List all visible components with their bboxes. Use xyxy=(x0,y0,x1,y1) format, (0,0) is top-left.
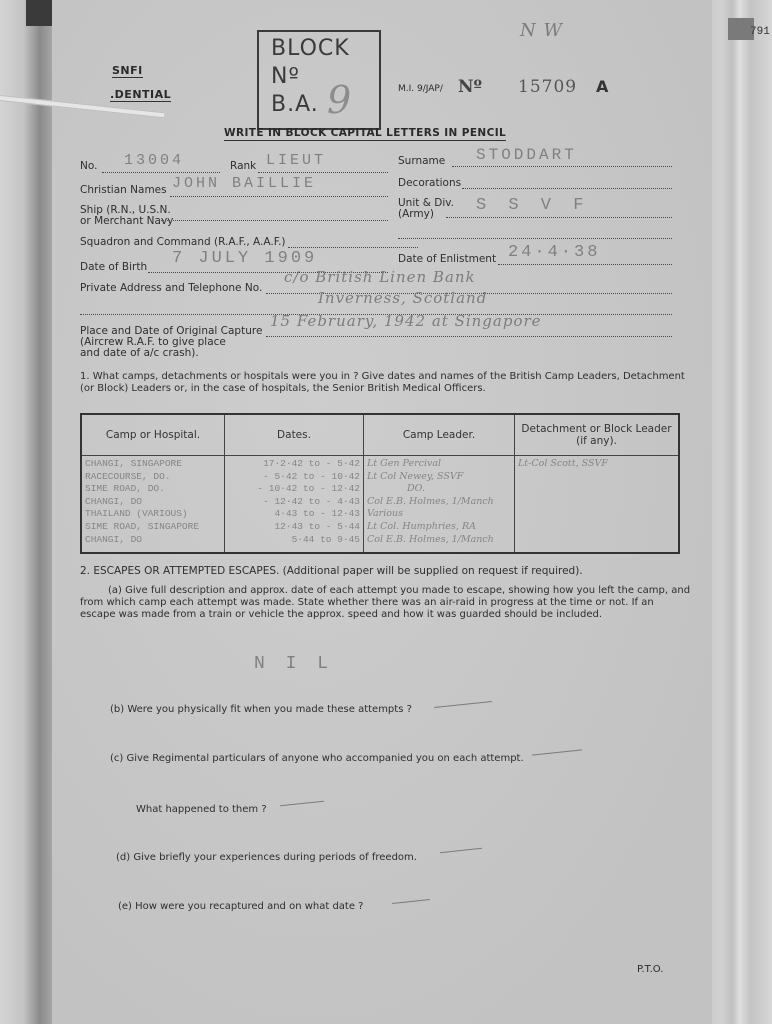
christian-names-line xyxy=(170,196,388,197)
detachment-leader-cell: Lt-Col Scott, SSVF xyxy=(518,458,675,471)
ship-label-line2: or Merchant Navy xyxy=(80,216,173,227)
camp-cell: CHANGI, SINGAPORE xyxy=(85,458,221,471)
camp-leader-cell: Col E.B. Holmes, 1/Manch xyxy=(367,496,511,509)
camp-leader-cell: Various xyxy=(367,508,511,521)
section1-question-line1: 1. What camps, detachments or hospitals … xyxy=(80,371,685,383)
block-stamp-number: 9 xyxy=(327,78,351,122)
christian-names-label: Christian Names xyxy=(80,184,167,196)
section2-heading: 2. ESCAPES OR ATTEMPTED ESCAPES. (Additi… xyxy=(80,565,583,577)
decorations-line xyxy=(462,188,672,189)
surname-value: STODDART xyxy=(476,146,577,164)
section2-question-a: (a) Give full description and approx. da… xyxy=(80,585,690,621)
address-value-line2: Inverness, Scotland xyxy=(318,289,487,307)
camp-leader-column: Lt Gen Percival Lt Col Newey, SSVF DO. C… xyxy=(364,456,515,554)
answer-e-dash xyxy=(392,899,430,904)
instruction-heading: WRITE IN BLOCK CAPITAL LETTERS IN PENCIL xyxy=(224,127,506,141)
date-of-enlistment-value: 24·4·38 xyxy=(508,243,600,262)
capture-line xyxy=(266,336,672,337)
rank-value: LIEUT xyxy=(266,152,326,169)
camps-table-body: CHANGI, SINGAPORE RACECOURSE, DO. SIME R… xyxy=(81,456,679,554)
question-c: (c) Give Regimental particulars of anyon… xyxy=(110,753,524,765)
dates-cell: 4·43 to - 12·43 xyxy=(228,508,360,521)
header-camp: Camp or Hospital. xyxy=(81,414,225,456)
christian-names-value: JOHN BAILLIE xyxy=(172,175,316,192)
squadron-line xyxy=(288,247,418,248)
squadron-label: Squadron and Command (R.A.F., A.A.F.) xyxy=(80,236,286,248)
header-detachment-leader: Detachment or Block Leader (if any). xyxy=(515,414,680,456)
capture-label-line3: and date of a/c crash). xyxy=(80,348,262,359)
unit-value: S S V F xyxy=(476,196,589,215)
answer-c-followup-dash xyxy=(280,801,324,807)
camps-table-header: Camp or Hospital. Dates. Camp Leader. De… xyxy=(81,414,679,456)
camp-column: CHANGI, SINGAPORE RACECOURSE, DO. SIME R… xyxy=(81,456,225,554)
serial-suffix: A xyxy=(596,77,608,96)
page-edge-number: 791 xyxy=(750,26,770,38)
dates-cell: 5·44 to 9·45 xyxy=(228,534,360,547)
unit-extra-line xyxy=(398,238,672,239)
question-a-line3: escape was made from a train or vehicle … xyxy=(80,609,690,621)
ship-label: Ship (R.N., U.S.N. or Merchant Navy xyxy=(80,205,173,227)
question-c-followup: What happened to them ? xyxy=(136,804,267,816)
answer-b-dash xyxy=(434,701,492,708)
camp-leader-cell: Lt Col Newey, SSVF xyxy=(367,471,511,484)
surname-label: Surname xyxy=(398,155,445,167)
unit-label-line2: (Army) xyxy=(398,209,454,220)
ship-line xyxy=(158,220,388,221)
date-of-birth-value: 7 JULY 1909 xyxy=(172,249,317,268)
pto-label: P.T.O. xyxy=(637,964,663,975)
camp-cell: CHANGI, DO xyxy=(85,534,221,547)
date-of-birth-label: Date of Birth xyxy=(80,261,147,273)
dates-cell: - 5·42 to - 10·42 xyxy=(228,471,360,484)
address-label: Private Address and Telephone No. xyxy=(80,282,262,294)
question-e: (e) How were you recaptured and on what … xyxy=(118,901,364,913)
decorations-label: Decorations xyxy=(398,177,461,189)
block-stamp: BLOCK Nº B.A. 9 xyxy=(257,30,381,130)
dates-cell: - 12·42 to - 4·43 xyxy=(228,496,360,509)
block-stamp-line1: BLOCK xyxy=(271,36,350,61)
reference-prefix: M.I. 9/JAP/ xyxy=(398,84,443,94)
number-line xyxy=(102,172,220,173)
section1-question: 1. What camps, detachments or hospitals … xyxy=(80,371,685,395)
question-a-line2: from which camp each attempt was made. S… xyxy=(80,597,690,609)
camp-cell: RACECOURSE, DO. xyxy=(85,471,221,484)
confidential-mark-line2: .DENTIAL xyxy=(110,88,171,102)
number-label-text: No. xyxy=(80,160,97,172)
camp-leader-cell: Lt Gen Percival xyxy=(367,458,511,471)
capture-value: 15 February, 1942 at Singapore xyxy=(270,312,542,330)
block-stamp-line3: B.A. xyxy=(271,92,319,117)
date-of-enlistment-label: Date of Enlistment xyxy=(398,253,496,265)
unit-line xyxy=(446,217,672,218)
camps-table: Camp or Hospital. Dates. Camp Leader. De… xyxy=(80,413,680,554)
section1-question-line2: (or Block) Leaders or, in the case of ho… xyxy=(80,383,685,395)
camp-cell: CHANGI, DO xyxy=(85,496,221,509)
camp-leader-cell: Col E.B. Holmes, 1/Manch xyxy=(367,534,511,547)
answer-d-dash xyxy=(440,848,482,853)
camp-cell: SIME ROAD, SINGAPORE xyxy=(85,521,221,534)
detachment-leader-column: Lt-Col Scott, SSVF xyxy=(515,456,680,554)
rank-label: Rank xyxy=(230,160,256,172)
surname-line xyxy=(452,166,672,167)
camp-cell: THAILAND (VARIOUS) xyxy=(85,508,221,521)
date-of-enlistment-line xyxy=(498,264,672,265)
address-value-line1: c/o British Linen Bank xyxy=(284,268,476,286)
form-page: SNFI .DENTIAL BLOCK Nº B.A. 9 N W M.I. 9… xyxy=(52,0,712,1024)
dates-cell: 12·43 to - 5·44 xyxy=(228,521,360,534)
number-label: Nº xyxy=(458,77,482,97)
top-annotation: N W xyxy=(520,20,563,41)
camp-cell: SIME ROAD, DO. xyxy=(85,483,221,496)
question-d: (d) Give briefly your experiences during… xyxy=(116,852,417,864)
question-a-answer: N I L xyxy=(254,654,333,674)
number-value: 13004 xyxy=(124,152,184,169)
rank-line xyxy=(258,172,388,173)
header-camp-leader: Camp Leader. xyxy=(364,414,515,456)
camp-leader-cell: Lt Col. Humphries, RA xyxy=(367,521,511,534)
dates-column: 17·2·42 to - 5·42 - 5·42 to - 10·42 - 10… xyxy=(225,456,364,554)
header-dates: Dates. xyxy=(225,414,364,456)
capture-label: Place and Date of Original Capture (Airc… xyxy=(80,326,262,359)
dates-cell: - 10·42 to - 12·42 xyxy=(228,483,360,496)
block-stamp-line2: Nº xyxy=(271,64,300,89)
camp-leader-cell: DO. xyxy=(367,483,511,496)
question-a-line1: (a) Give full description and approx. da… xyxy=(80,585,690,597)
confidential-mark-line1: SNFI xyxy=(112,64,143,78)
question-b: (b) Were you physically fit when you mad… xyxy=(110,704,412,716)
serial-number: 15709 xyxy=(518,77,577,97)
answer-c-dash xyxy=(532,749,582,755)
dates-cell: 17·2·42 to - 5·42 xyxy=(228,458,360,471)
